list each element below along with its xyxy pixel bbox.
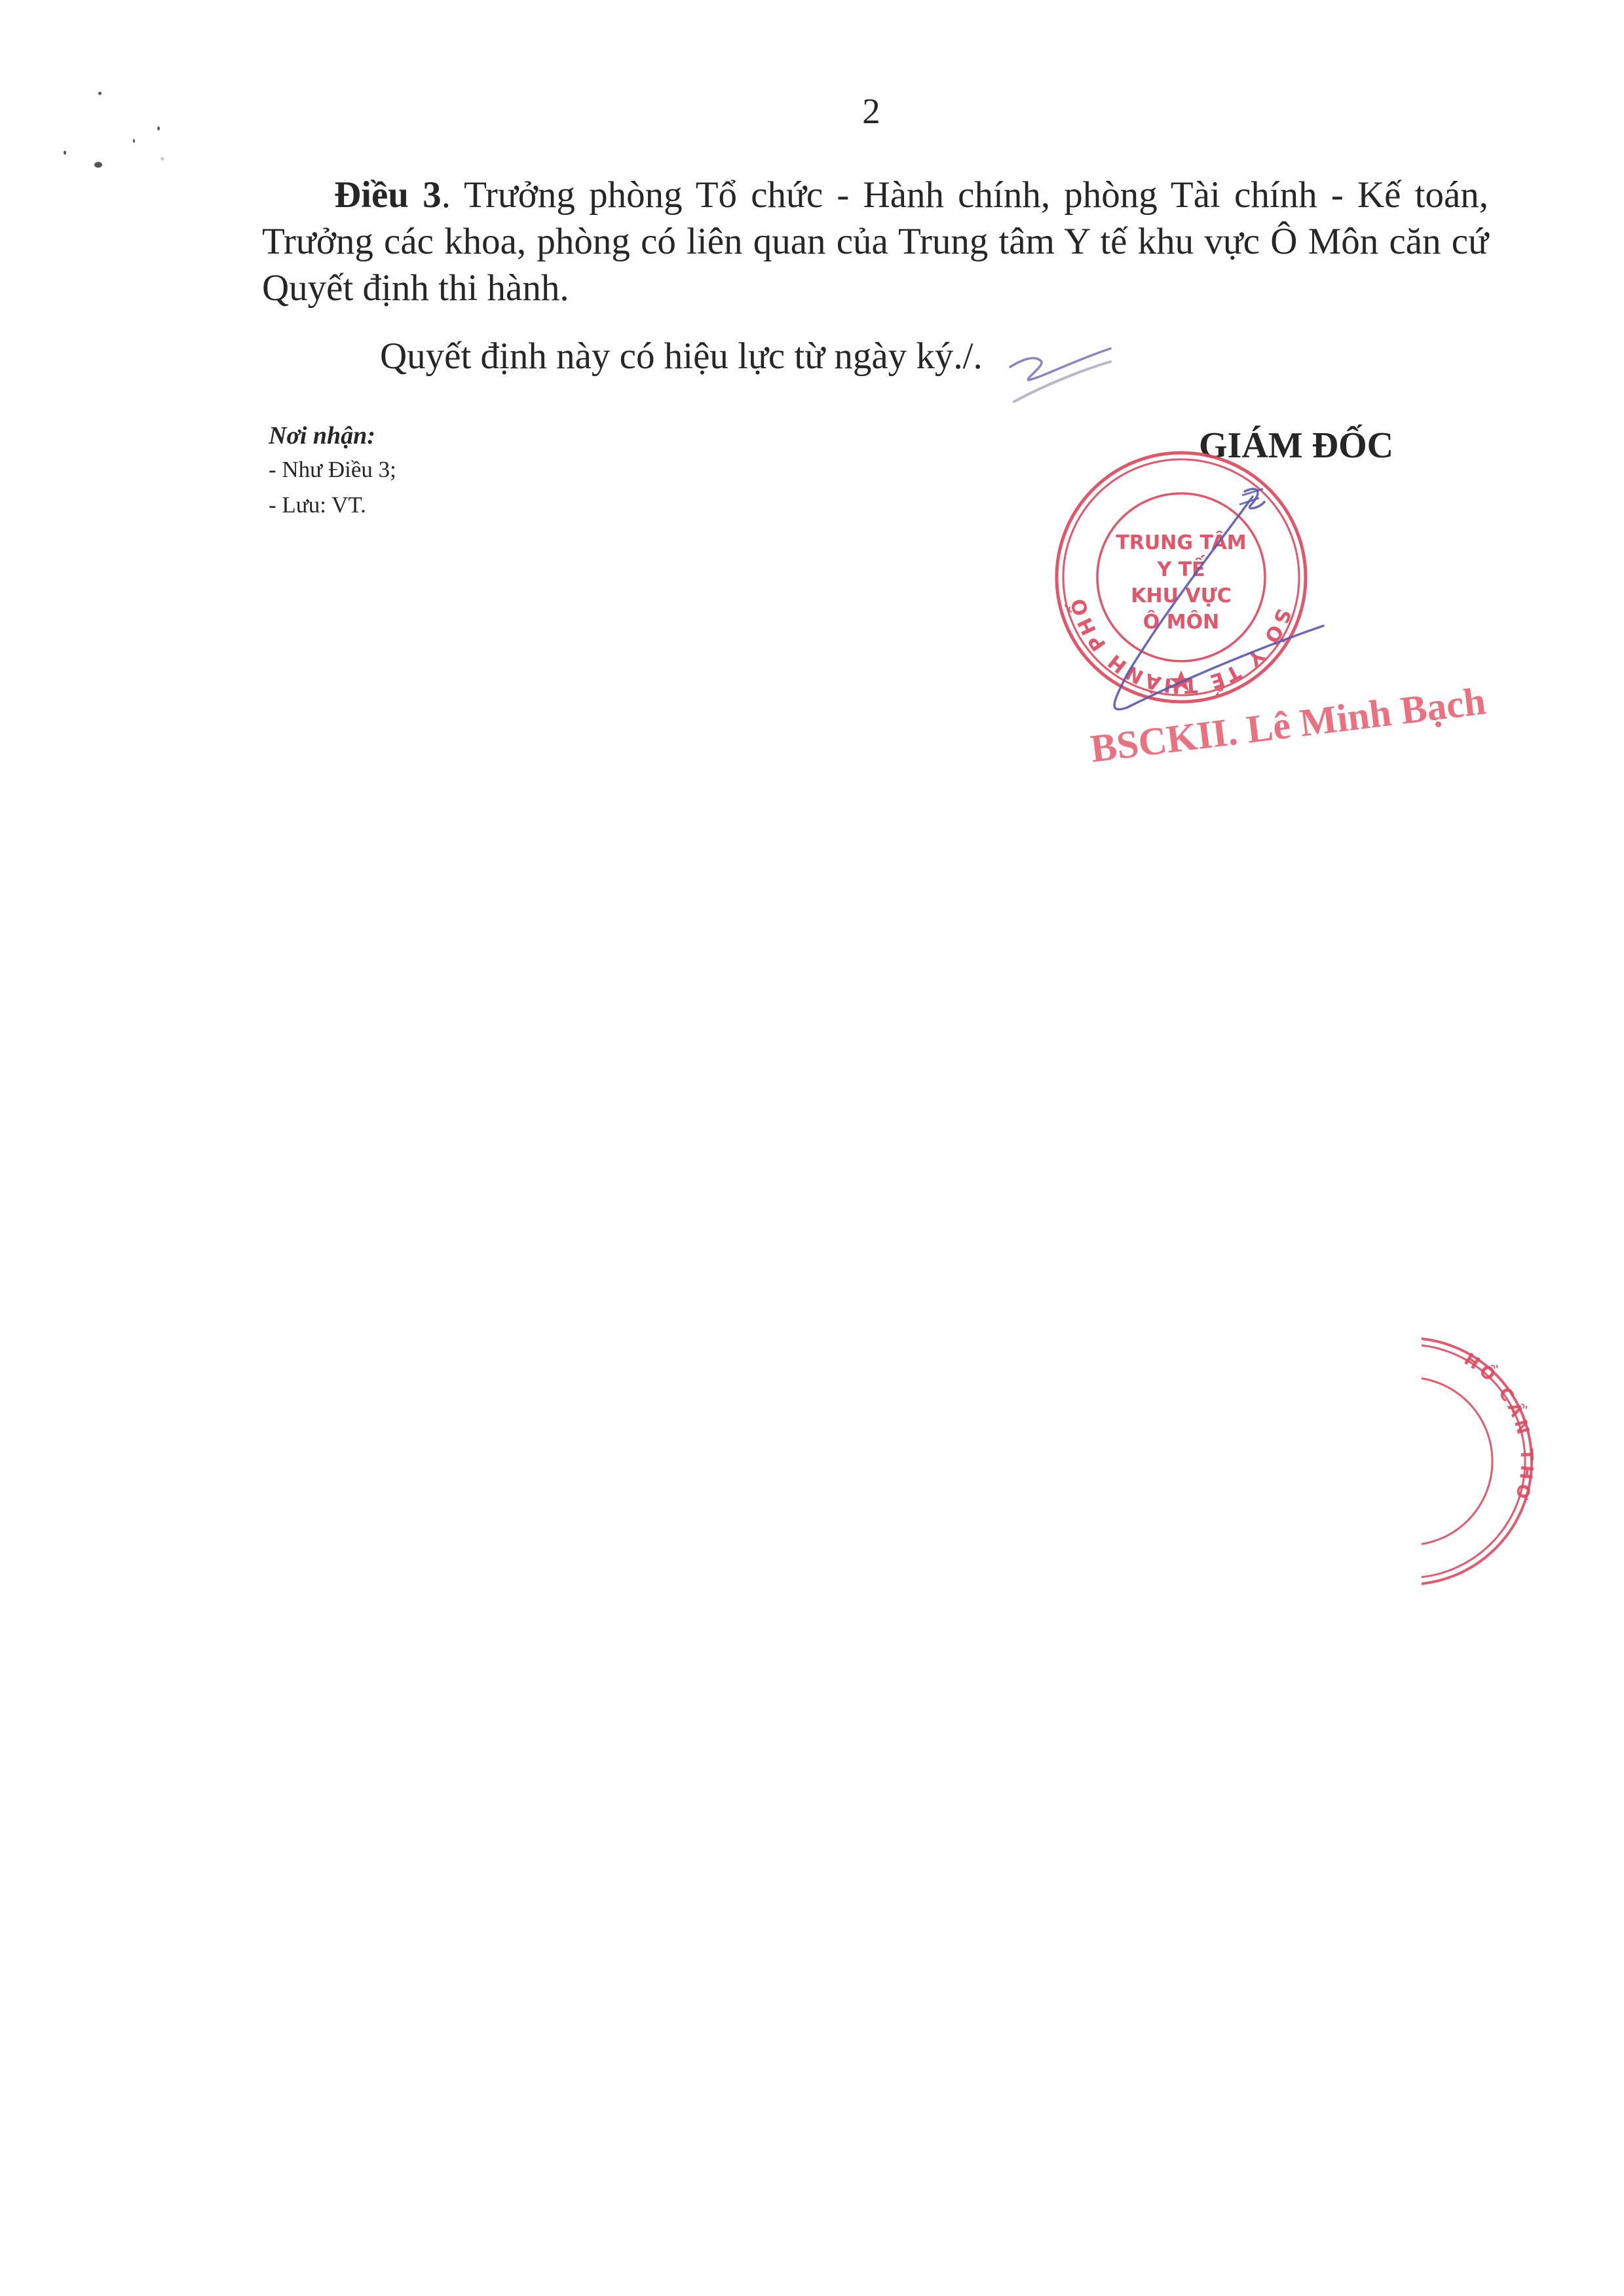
article-3-paragraph: Điều 3. Trưởng phòng Tổ chức - Hành chín… <box>262 172 1488 311</box>
partial-seal-icon: HỒ CẦN THƠ <box>1382 1330 1624 1592</box>
document-page: 2 Điều 3. Trưởng phòng Tổ chức - Hành ch… <box>0 0 1624 2296</box>
recipient-item: - Lưu: VT. <box>269 488 396 523</box>
recipients-title: Nơi nhận: <box>269 419 396 452</box>
scan-speck <box>161 157 164 161</box>
signature-icon <box>1087 478 1363 727</box>
scan-speck <box>94 162 102 168</box>
scan-speck <box>133 139 135 143</box>
article-text: . Trưởng phòng Tổ chức - Hành chính, phò… <box>262 174 1488 309</box>
recipient-item: - Như Điều 3; <box>269 452 396 488</box>
page-number: 2 <box>852 92 891 131</box>
article-3: Điều 3. Trưởng phòng Tổ chức - Hành chín… <box>262 172 1488 311</box>
initial-mark-icon <box>1002 334 1133 406</box>
recipients-block: Nơi nhận: - Như Điều 3; - Lưu: VT. <box>269 419 396 523</box>
scan-speck <box>64 151 66 155</box>
scan-speck <box>157 126 160 130</box>
effect-clause: Quyết định này có hiệu lực từ ngày ký./. <box>380 333 983 379</box>
partial-seal-ring-text: HỒ CẦN THƠ <box>1460 1350 1536 1505</box>
scan-speck <box>98 92 102 95</box>
article-label: Điều 3 <box>334 174 442 216</box>
svg-text:HỒ CẦN THƠ: HỒ CẦN THƠ <box>1460 1350 1536 1505</box>
